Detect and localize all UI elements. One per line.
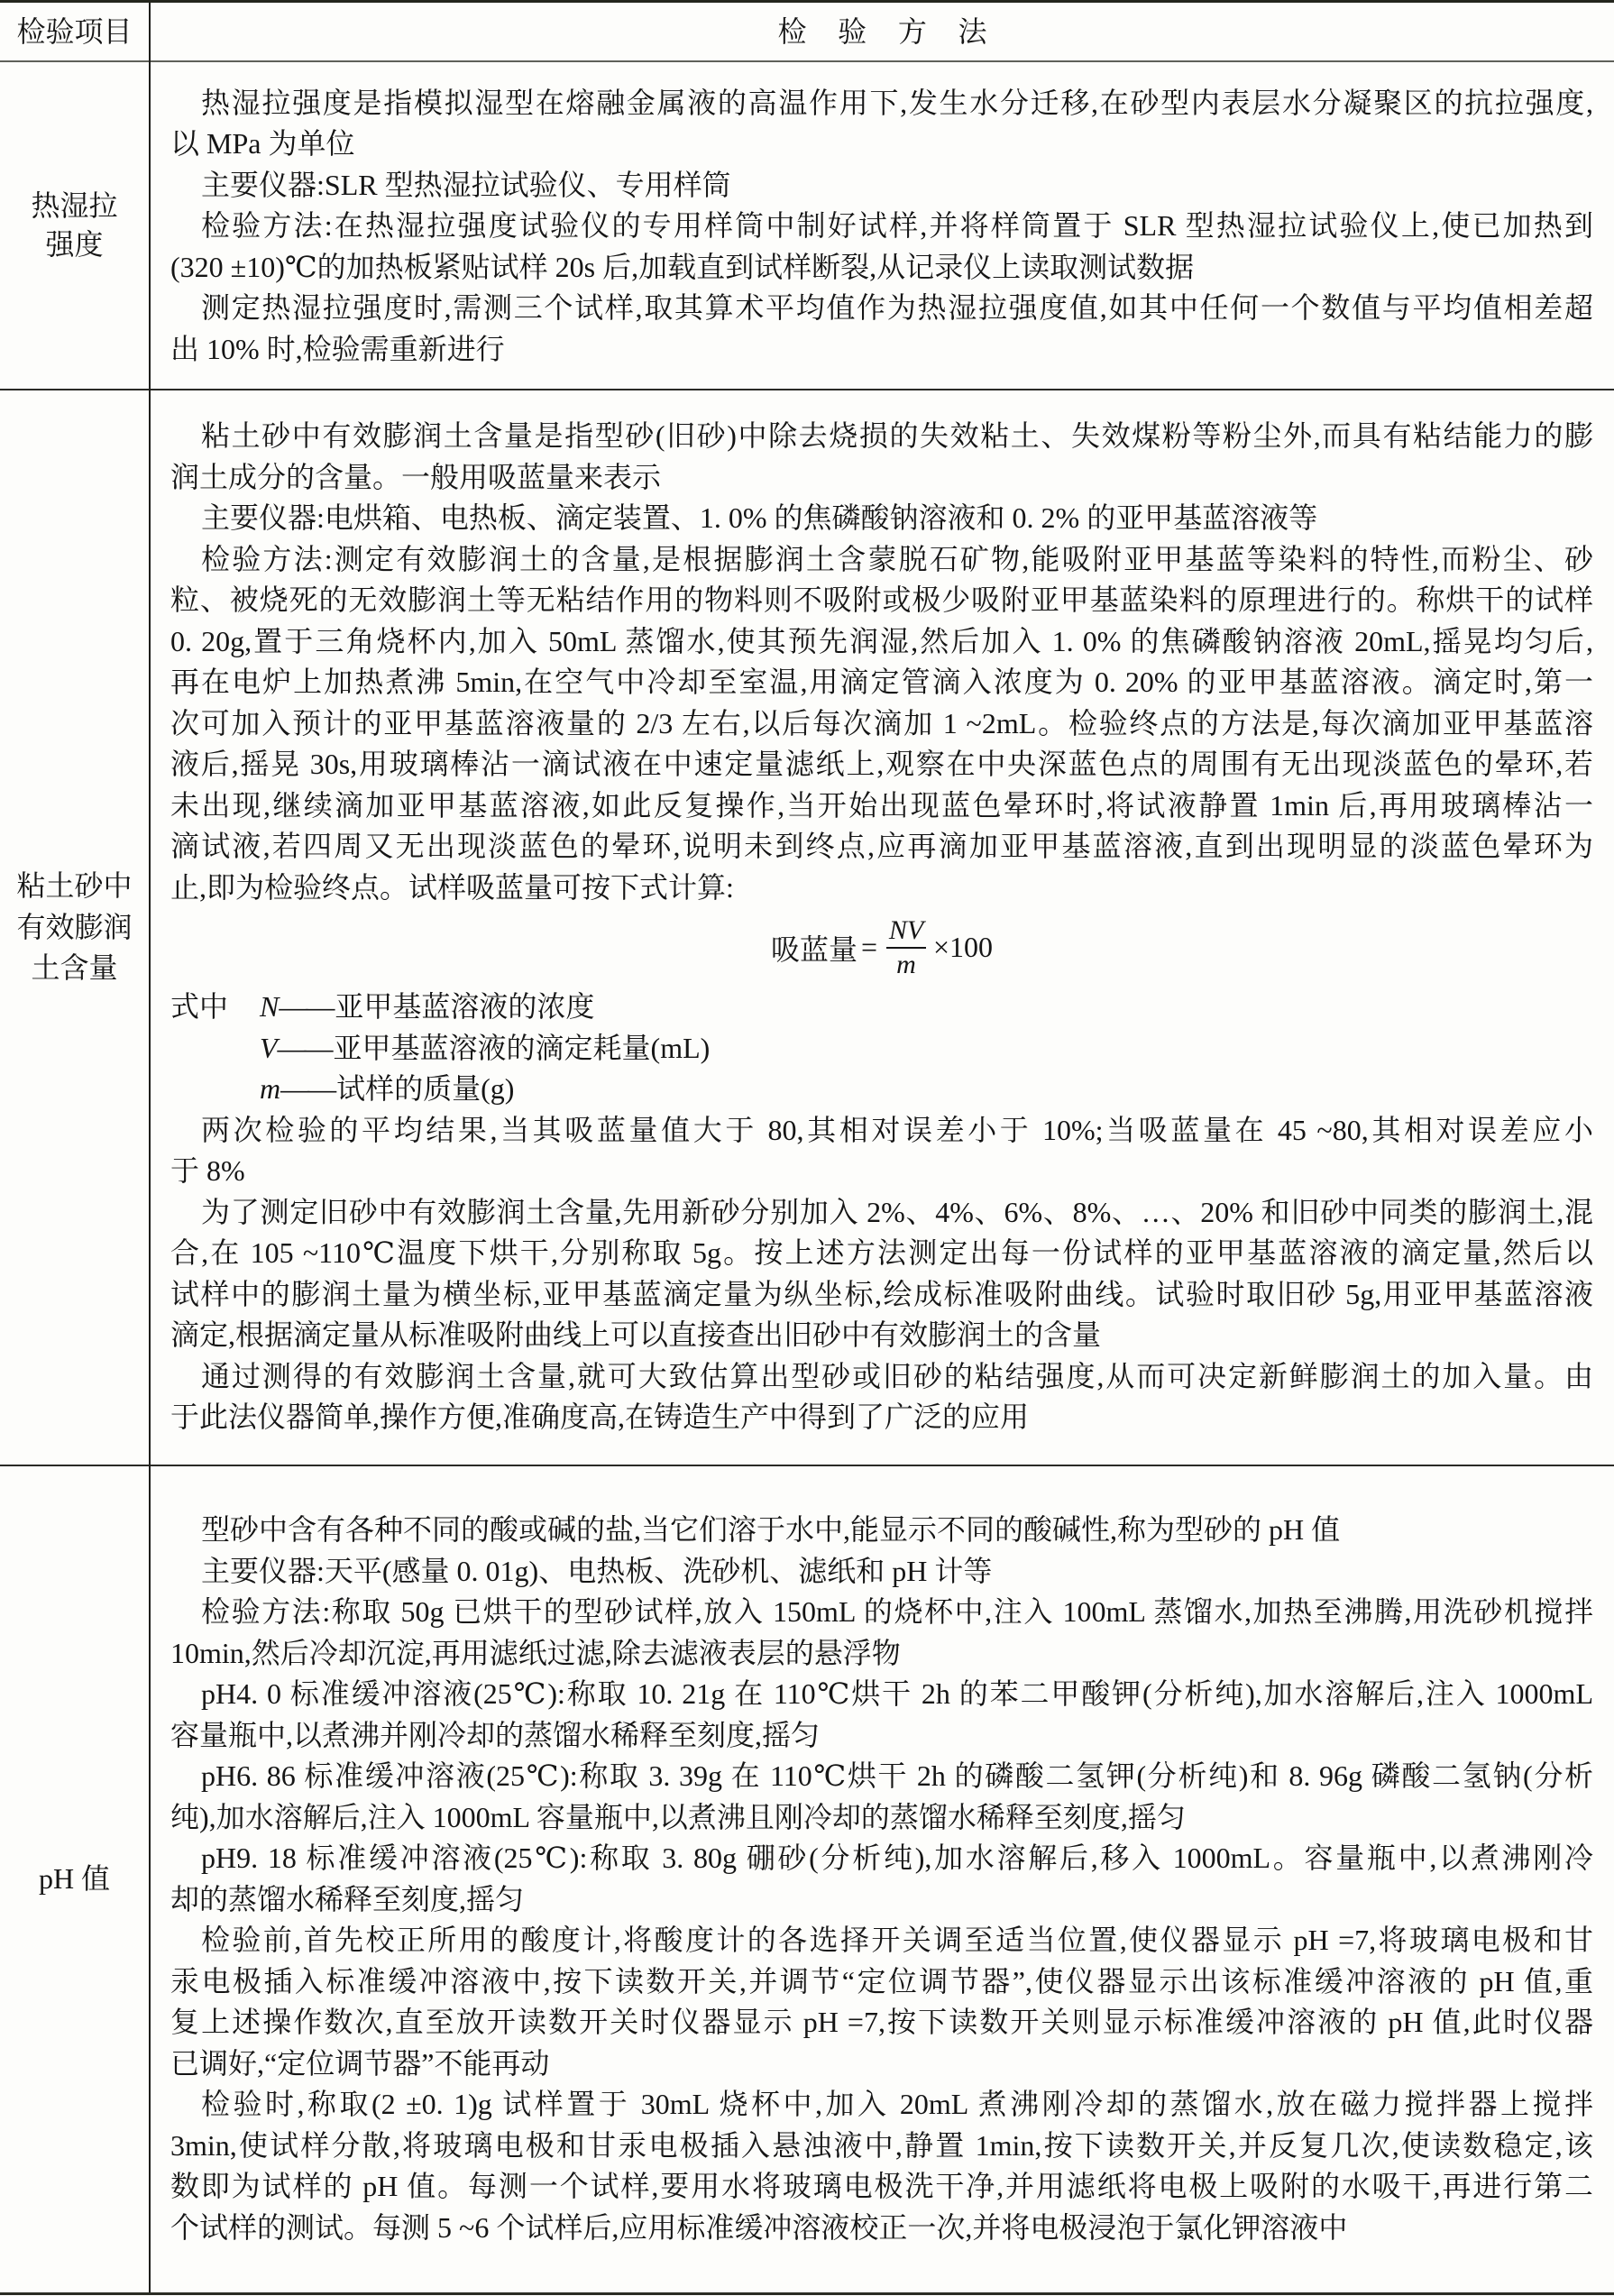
text-line: 热湿拉强度是指模拟湿型在熔融金属液的高温作用下,发生水分迁移,在砂型内表层水分凝…: [170, 83, 1593, 124]
paragraph-definition: 型砂中含有各种不同的酸或碱的盐,当它们溶于水中,能显示不同的酸碱性,称为型砂的 …: [170, 1510, 1593, 1551]
paragraph-definition: 热湿拉强度是指模拟湿型在熔融金属液的高温作用下,发生水分迁移,在砂型内表层水分凝…: [170, 83, 1593, 165]
paragraph-application: 通过测得的有效膨润土含量,就可大致估算出型砂或旧砂的粘结强度,从而可决定新鲜膨润…: [170, 1356, 1593, 1438]
text-line: 为了测定旧砂中有效膨润土含量,先用新砂分别加入 2%、4%、6%、8%、…、20…: [170, 1192, 1593, 1234]
text-line: 通过测得的有效膨润土含量,就可大致估算出型砂或旧砂的粘结强度,从而可决定新鲜膨润…: [170, 1356, 1593, 1398]
text-line: 却的蒸馏水稀释至刻度,摇匀: [170, 1879, 1593, 1921]
formula-times: ×: [933, 931, 949, 964]
formula-numerator: NV: [887, 917, 925, 944]
text-line: 以 MPa 为单位: [170, 124, 1593, 165]
variable-symbol: N: [260, 987, 279, 1028]
paragraph-buffer-ph4: pH4. 0 标准缓冲溶液(25℃):称取 10. 21g 在 110℃烘干 2…: [170, 1674, 1593, 1756]
text-line: 0. 20g,置于三角烧杯内,加入 50mL 蒸馏水,使其预先润湿,然后加入 1…: [170, 621, 1593, 663]
header-inspection-item: 检验项目: [0, 3, 149, 60]
formula-lhs: 吸蓝量: [771, 927, 857, 969]
table-row-ph-value: pH 值 型砂中含有各种不同的酸或碱的盐,当它们溶于水中,能显示不同的酸碱性,称…: [0, 1466, 1614, 2292]
column-divider: [149, 3, 151, 2292]
formula-equals: =: [861, 931, 877, 964]
variable-definition: 式中 N —— 亚甲基蓝溶液的浓度: [170, 987, 1593, 1028]
formula-variable-definitions: 式中 N —— 亚甲基蓝溶液的浓度 V —— 亚甲基蓝溶液的滴定耗量(mL) m…: [170, 987, 1593, 1110]
variable-definition: V —— 亚甲基蓝溶液的滴定耗量(mL): [170, 1028, 1593, 1070]
text-line: 粒、被烧死的无效膨润土等无粘结作用的物料则不吸附或极少吸附亚甲基蓝染料的原理进行…: [170, 580, 1593, 621]
text-line: 出 10% 时,检验需重新进行: [170, 329, 1593, 371]
text-line: 汞电极插入标准缓冲溶液中,按下读数开关,并调节“定位调节器”,使仪器显示出该标准…: [170, 1961, 1593, 2003]
table-header-row: 检验项目 检验方法: [0, 3, 1614, 60]
paragraph-instruments: 主要仪器:天平(感量 0. 01g)、电热板、洗砂机、滤纸和 pH 计等: [170, 1551, 1593, 1593]
text-line: 于 8%: [170, 1151, 1593, 1192]
variable-dash: ——: [279, 987, 333, 1028]
text-line: pH4. 0 标准缓冲溶液(25℃):称取 10. 21g 在 110℃烘干 2…: [170, 1674, 1593, 1715]
text-line: 再在电炉上加热煮沸 5min,在空气中冷却至室温,用滴定管滴入浓度为 0. 20…: [170, 662, 1593, 703]
text-line: 主要仪器:SLR 型热湿拉试验仪、专用样筒: [170, 165, 1593, 207]
text-line: 型砂中含有各种不同的酸或碱的盐,当它们溶于水中,能显示不同的酸碱性,称为型砂的 …: [170, 1510, 1593, 1551]
table-row-effective-bentonite-content: 粘土砂中 有效膨润 土含量 粘土砂中有效膨润土含量是指型砂(旧砂)中除去烧损的失…: [0, 390, 1614, 1465]
text-line: 个试样的测试。每测 5 ~6 个试样后,应用标准缓冲溶液校正一次,并将电极浸泡于…: [170, 2208, 1593, 2249]
text-line: pH6. 86 标准缓冲溶液(25℃):称取 3. 39g 在 110℃烘干 2…: [170, 1756, 1593, 1797]
text-line: 10min,然后冷却沉淀,再用滤纸过滤,除去滤液表层的悬浮物: [170, 1633, 1593, 1675]
method-cell: 型砂中含有各种不同的酸或碱的盐,当它们溶于水中,能显示不同的酸碱性,称为型砂的 …: [170, 1466, 1593, 2248]
fraction-bar: [886, 947, 926, 949]
method-cell: 粘土砂中有效膨润土含量是指型砂(旧砂)中除去烧损的失效粘土、失效煤粉等粉尘外,而…: [170, 390, 1593, 1438]
paragraph-calibration: 检验前,首先校正所用的酸度计,将酸度计的各选择开关调至适当位置,使仪器显示 pH…: [170, 1920, 1593, 2084]
formula-fraction: NV m: [886, 917, 926, 978]
paragraph-procedure: 检验方法:测定有效膨润土的含量,是根据膨润土含蒙脱石矿物,能吸附亚甲基蓝等染料的…: [170, 539, 1593, 909]
paragraph-buffer-ph686: pH6. 86 标准缓冲溶液(25℃):称取 3. 39g 在 110℃烘干 2…: [170, 1756, 1593, 1838]
text-line: 纯),加水溶解后,注入 1000mL 容量瓶中,以煮沸且刚冷却的蒸馏水稀释至刻度…: [170, 1797, 1593, 1839]
row-label-line: 热湿拉: [31, 187, 117, 225]
text-line: 两次检验的平均结果,当其吸蓝量值大于 80,其相对误差小于 10%;当吸蓝量在 …: [170, 1110, 1593, 1152]
header-inspection-method: 检验方法: [151, 3, 1614, 60]
text-line: 滴试液,若四周又无出现淡蓝色的晕环,说明未到终点,应再滴加亚甲基蓝溶液,直到出现…: [170, 826, 1593, 868]
text-line: 粘土砂中有效膨润土含量是指型砂(旧砂)中除去烧损的失效粘土、失效煤粉等粉尘外,而…: [170, 416, 1593, 457]
variable-definition: m —— 试样的质量(g): [170, 1069, 1593, 1110]
text-line: 止,即为检验终点。试样吸蓝量可按下式计算:: [170, 868, 1593, 909]
where-label-spacer: [170, 1069, 260, 1110]
paragraph-instruments: 主要仪器:电烘箱、电热板、滴定装置、1. 0% 的焦磷酸钠溶液和 0. 2% 的…: [170, 498, 1593, 539]
text-line: 已调好,“定位调节器”不能再动: [170, 2043, 1593, 2085]
text-line: 检验方法:在热湿拉强度试验仪的专用样筒中制好试样,并将样筒置于 SLR 型热湿拉…: [170, 206, 1593, 247]
text-line: 主要仪器:电烘箱、电热板、滴定装置、1. 0% 的焦磷酸钠溶液和 0. 2% 的…: [170, 498, 1593, 539]
text-line: 检验前,首先校正所用的酸度计,将酸度计的各选择开关调至适当位置,使仪器显示 pH…: [170, 1920, 1593, 1961]
paragraph-procedure: 检验方法:称取 50g 已烘干的型砂试样,放入 150mL 的烧杯中,注入 10…: [170, 1592, 1593, 1674]
text-line: (320 ±10)℃的加热板紧贴试样 20s 后,加载直到试样断裂,从记录仪上读…: [170, 247, 1593, 289]
blue-absorption-formula: 吸蓝量 = NV m × 100: [170, 908, 1593, 987]
text-line: 于此法仪器简单,操作方便,准确度高,在铸造生产中得到了广泛的应用: [170, 1397, 1593, 1438]
row-label-cell: pH 值: [0, 1466, 149, 2292]
variable-symbol: m: [260, 1069, 280, 1110]
formula-denominator: m: [894, 951, 918, 978]
variable-description: 亚甲基蓝溶液的滴定耗量(mL): [334, 1028, 711, 1070]
text-line: 容量瓶中,以煮沸并刚冷却的蒸馏水稀释至刻度,摇匀: [170, 1715, 1593, 1757]
row-label-cell: 热湿拉 强度: [0, 62, 149, 389]
paragraph-definition: 粘土砂中有效膨润土含量是指型砂(旧砂)中除去烧损的失效粘土、失效煤粉等粉尘外,而…: [170, 416, 1593, 498]
variable-dash: ——: [280, 1069, 335, 1110]
text-line: 3min,使试样分散,将玻璃电极和甘汞电极插入悬浊液中,静置 1min,按下读数…: [170, 2126, 1593, 2167]
text-line: 数即为试样的 pH 值。每测一个试样,要用水将玻璃电极洗干净,并用滤纸将电极上吸…: [170, 2166, 1593, 2208]
formula-factor: 100: [949, 931, 993, 964]
where-label: 式中: [170, 987, 260, 1028]
table-bottom-rule: [0, 2292, 1614, 2295]
paragraph-instruments: 主要仪器:SLR 型热湿拉试验仪、专用样筒: [170, 165, 1593, 207]
text-line: 主要仪器:天平(感量 0. 01g)、电热板、洗砂机、滤纸和 pH 计等: [170, 1551, 1593, 1593]
paragraph-tolerance: 两次检验的平均结果,当其吸蓝量值大于 80,其相对误差小于 10%;当吸蓝量在 …: [170, 1110, 1593, 1192]
text-line: 未出现,继续滴加亚甲基蓝溶液,如此反复操作,当开始出现蓝色晕环时,将试液静置 1…: [170, 785, 1593, 827]
text-line: 次可加入预计的亚甲基蓝溶液量的 2/3 左右,以后每次滴加 1 ~2mL。检验终…: [170, 703, 1593, 745]
table-row-hot-wet-tensile-strength: 热湿拉 强度 热湿拉强度是指模拟湿型在熔融金属液的高温作用下,发生水分迁移,在砂…: [0, 62, 1614, 389]
text-line: 复上述操作数次,直至放开读数开关时仪器显示 pH =7,按下读数开关则显示标准缓…: [170, 2002, 1593, 2043]
paragraph-measurement: 检验时,称取(2 ±0. 1)g 试样置于 30mL 烧杯中,加入 20mL 煮…: [170, 2084, 1593, 2248]
text-line: 检验时,称取(2 ±0. 1)g 试样置于 30mL 烧杯中,加入 20mL 煮…: [170, 2084, 1593, 2126]
row-label-cell: 粘土砂中 有效膨润 土含量: [0, 390, 149, 1465]
paragraph-standard-curve: 为了测定旧砂中有效膨润土含量,先用新砂分别加入 2%、4%、6%、8%、…、20…: [170, 1192, 1593, 1356]
text-line: 合,在 105 ~110℃温度下烘干,分别称取 5g。按上述方法测定出每一份试样…: [170, 1233, 1593, 1274]
variable-symbol: V: [260, 1028, 278, 1070]
text-line: 滴定,根据滴定量从标准吸附曲线上可以直接查出旧砂中有效膨润土的含量: [170, 1315, 1593, 1356]
text-line: 检验方法:称取 50g 已烘干的型砂试样,放入 150mL 的烧杯中,注入 10…: [170, 1592, 1593, 1633]
paragraph-buffer-ph918: pH9. 18 标准缓冲溶液(25℃):称取 3. 80g 硼砂(分析纯),加水…: [170, 1838, 1593, 1920]
row-label-line: 强度: [45, 225, 103, 264]
row-label-line: 土含量: [31, 948, 117, 989]
paragraph-procedure: 检验方法:在热湿拉强度试验仪的专用样筒中制好试样,并将样筒置于 SLR 型热湿拉…: [170, 206, 1593, 288]
inspection-methods-table: 检验项目 检验方法 热湿拉 强度 热湿拉强度是指模拟湿型在熔融金属液的高温作用下…: [0, 0, 1614, 2296]
text-line: 测定热湿拉强度时,需测三个试样,取其算术平均值作为热湿拉强度值,如其中任何一个数…: [170, 288, 1593, 329]
where-label-spacer: [170, 1028, 260, 1070]
text-line: 润土成分的含量。一般用吸蓝量来表示: [170, 457, 1593, 499]
row-label-line: 有效膨润: [16, 907, 132, 949]
row-label-line: pH 值: [39, 1859, 110, 1900]
row-label-line: 粘土砂中: [16, 866, 132, 907]
text-line: 液后,摇晃 30s,用玻璃棒沾一滴试液在中速定量滤纸上,观察在中央深蓝色点的周围…: [170, 744, 1593, 785]
variable-description: 试样的质量(g): [336, 1069, 514, 1110]
paragraph-note: 测定热湿拉强度时,需测三个试样,取其算术平均值作为热湿拉强度值,如其中任何一个数…: [170, 288, 1593, 370]
method-cell: 热湿拉强度是指模拟湿型在熔融金属液的高温作用下,发生水分迁移,在砂型内表层水分凝…: [170, 62, 1593, 370]
text-line: 试样中的膨润土量为横坐标,亚甲基蓝滴定量为纵坐标,绘成标准吸附曲线。试验时取旧砂…: [170, 1274, 1593, 1316]
variable-description: 亚甲基蓝溶液的浓度: [335, 987, 594, 1028]
text-line: pH9. 18 标准缓冲溶液(25℃):称取 3. 80g 硼砂(分析纯),加水…: [170, 1838, 1593, 1879]
text-line: 检验方法:测定有效膨润土的含量,是根据膨润土含蒙脱石矿物,能吸附亚甲基蓝等染料的…: [170, 539, 1593, 581]
variable-dash: ——: [278, 1028, 332, 1070]
